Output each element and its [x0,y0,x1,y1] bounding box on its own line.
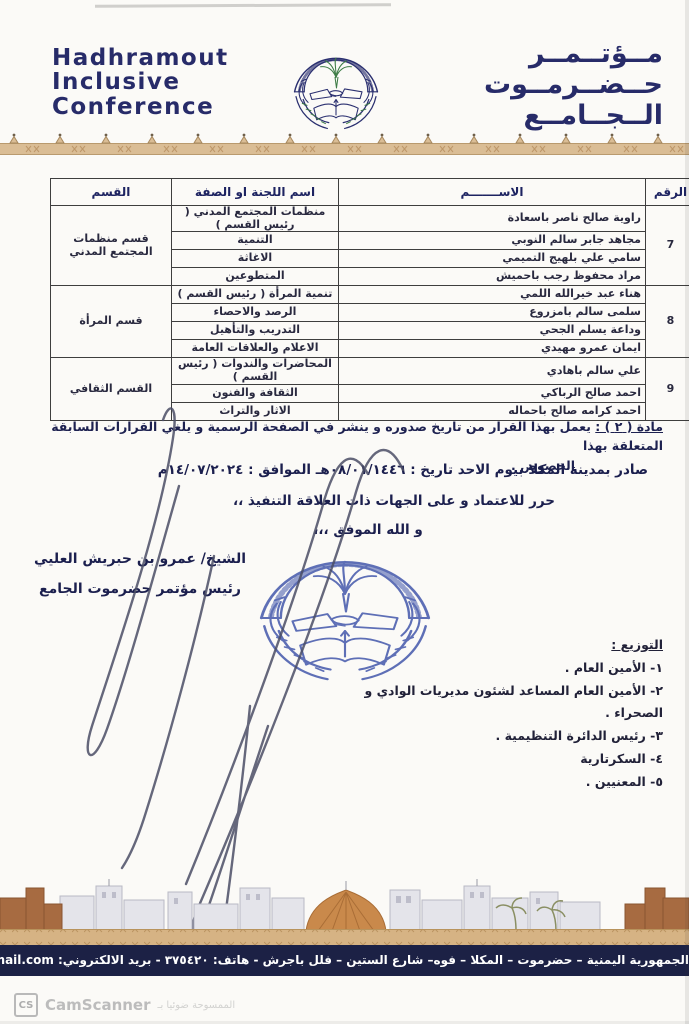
scan-artifact-line [95,3,391,8]
distribution-item: ١- الأمين العام . [318,657,663,680]
committee-cell: المتطوعين [172,268,339,286]
header-title-ar-line2: حــضــرمــوت [433,69,663,100]
committee-cell: الرصد والاحصاء [172,304,339,322]
col-header-department: القسم [51,179,172,206]
signatory-name: الشيخ/ عمرو بن حبريش العليي [18,544,262,574]
member-name-cell: علي سالم باهادي [339,358,646,384]
member-name-cell: احمد صالح الرباكي [339,384,646,402]
header-title-english: Hadhramout Inclusive Conference [52,46,247,119]
release-line: حرر للاعتماد و على الجهات ذات العلاقة ال… [168,493,620,509]
header-title-en-line3: Conference [52,95,247,119]
distribution-item: ٢- الأمين العام المساعد لشئون مديريات ال… [318,680,663,726]
group-number-cell: 8 [646,286,689,358]
conference-emblem-logo-icon [283,40,389,134]
camscanner-note: الممسوحة ضوئيا بـ [158,1000,236,1011]
article-2-line1: مادة ( ٢ ) : يعمل بهذا القرار من تاريخ ص… [25,417,663,456]
committee-cell: التدريب والتأهيل [172,322,339,340]
distribution-item: ٤- السكرتارية [318,748,663,771]
member-name-cell: سلمى سالم بامزروع [339,304,646,322]
scan-edge-shadow [685,0,689,1024]
department-cell: القسم الثقافي [51,358,172,420]
table-row: 7 راوية صالح ناصر باسعادة منظمات المجتمع… [51,206,689,232]
camscanner-watermark: CS CamScanner الممسوحة ضوئيا بـ [14,993,235,1017]
committee-cell: التنمية [172,232,339,250]
header-title-ar-line1: مــؤتــمــر [433,38,663,69]
footer-address-bar: الجمهورية اليمنية – حضرموت – المكلا – فو… [0,945,689,976]
committee-cell: تنمية المرأة ( رئيس القسم ) [172,286,339,304]
col-header-number: الرقم [646,179,689,206]
distribution-list: التوزيع : ١- الأمين العام . ٢- الأمين ال… [318,634,663,793]
committee-cell: الاغاثة [172,250,339,268]
member-name-cell: هناء عبد خيرالله اللمي [339,286,646,304]
article-2-text: يعمل بهذا القرار من تاريخ صدوره و ينشر ف… [51,419,663,453]
department-cell: قسم المرأة [51,286,172,358]
distribution-item: ٥- المعنيين . [318,771,663,794]
table-row: 8 هناء عبد خيرالله اللمي تنمية المرأة ( … [51,286,689,304]
members-table: الرقم الاســـــــم اسم اللجنة او الصفة ا… [50,178,689,421]
member-name-cell: وداعة يسلم الجحي [339,322,646,340]
header-title-en-line1: Hadhramout [52,46,247,70]
article-2-label: مادة ( ٢ ) : [595,419,663,434]
committee-cell: الثقافة والفنون [172,384,339,402]
cityscape-footer-art [0,874,689,945]
committee-cell: الاعلام والعلاقات العامة [172,340,339,358]
table-row: 9 علي سالم باهادي المحاضرات والندوات ( ر… [51,358,689,384]
group-number-cell: 9 [646,358,689,420]
distribution-item: ٣- رئيس الدائرة التنظيمية . [318,725,663,748]
scanned-document-page: Hadhramout Inclusive Conference مــؤتــم… [0,0,689,1024]
camscanner-brand: CamScanner [45,996,151,1014]
department-cell: قسم منظمات المجتمع المدني [51,206,172,286]
committee-cell: منظمات المجتمع المدني ( رئيس القسم ) [172,206,339,232]
member-name-cell: راوية صالح ناصر باسعادة [339,206,646,232]
decorative-border-strip [0,133,689,157]
header-title-en-line2: Inclusive [52,70,247,94]
member-name-cell: سامي علي بلهيج التميمي [339,250,646,268]
signatory-block: الشيخ/ عمرو بن حبريش العليي رئيس مؤتمر ح… [18,544,262,604]
committee-cell: المحاضرات والندوات ( رئيس القسم ) [172,358,339,384]
table-header-row: الرقم الاســـــــم اسم اللجنة او الصفة ا… [51,179,689,206]
header-title-arabic: مــؤتــمــر حــضــرمــوت الــجــامــع [433,38,663,131]
member-name-cell: ايمان عمرو مهيدي [339,340,646,358]
col-header-name: الاســـــــم [339,179,646,206]
member-name-cell: مجاهد جابر سالم النوبي [339,232,646,250]
group-number-cell: 7 [646,206,689,286]
issued-date-line: صادر بمدينة المكلا بيوم الاحد تاريخ : ٠٨… [178,462,648,478]
header-title-ar-line3: الــجــامــع [433,100,663,131]
camscanner-icon: CS [14,993,38,1017]
member-name-cell: مراد محفوظ رجب باحميش [339,268,646,286]
col-header-committee: اسم اللجنة او الصفة [172,179,339,206]
distribution-heading: التوزيع : [318,634,663,657]
signatory-title: رئيس مؤتمر حضرموت الجامع [18,574,262,604]
